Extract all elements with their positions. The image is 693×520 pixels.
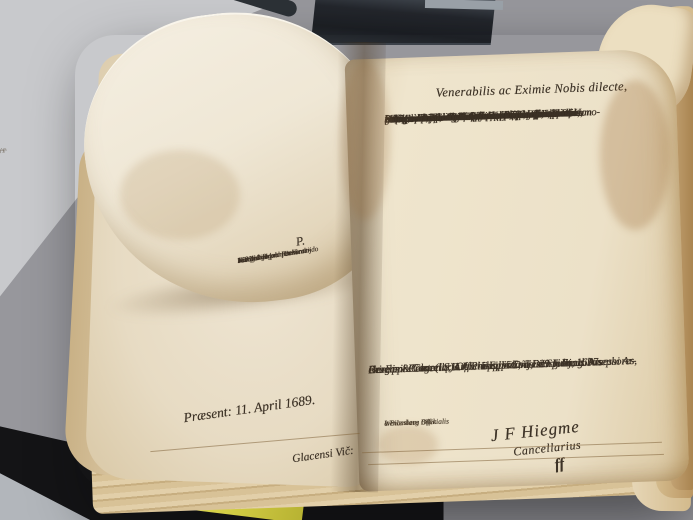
manuscript-line: à Bilenberg Officialis — [384, 416, 449, 427]
manuscript-line: faciatis. His manen. Vobis paternè affec… — [384, 108, 563, 127]
signature-flourish: ff — [553, 456, 566, 474]
scribble-mark: ʃ~ — [0, 148, 5, 155]
right-page-letter: Venerabilis ac Eximie Nobis dilecte, Res… — [345, 48, 690, 491]
letter-salutation: Venerabilis ac Eximie Nobis dilecte, — [436, 79, 628, 101]
manuscript-line: Gen.lis & Cæteriq; Archi-Epplis Consisto… — [368, 355, 637, 378]
photo-of-manuscript-book: P. Vor Zuläßig der Bekandt-nuß deß Herrn… — [0, 0, 693, 520]
